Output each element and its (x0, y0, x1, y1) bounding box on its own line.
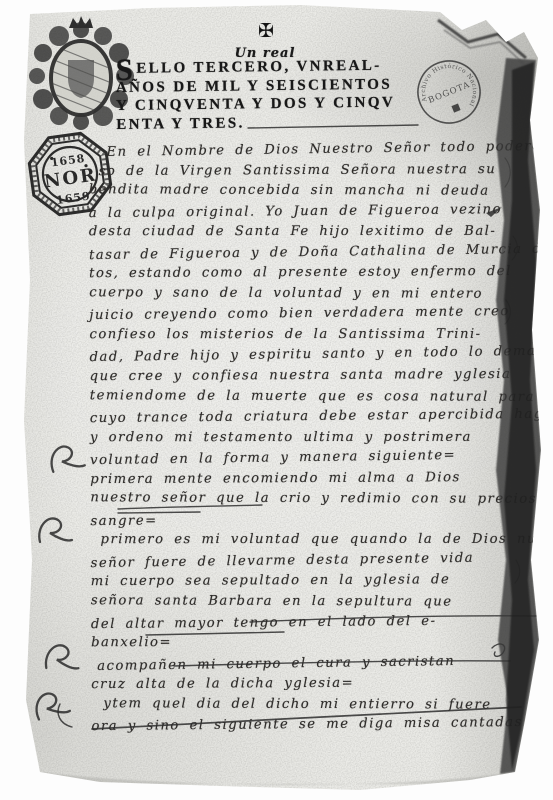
manuscript-line: nuestro señor que la crio y redimio con … (90, 491, 530, 513)
bottom-edge-shade (40, 772, 515, 785)
manuscript-line: primera mente encomiendo mi alma a Dios (90, 470, 530, 493)
heading-line-1-text: ELLO TERCERO, VNREAL- (136, 58, 381, 77)
bottom-left-hook (58, 704, 72, 727)
manuscript-line: que cree y confiesa nuestra santa madre … (90, 367, 530, 390)
left-margin-mark-1 (49, 444, 85, 472)
manuscript-lines: En el Nombre de Dios Nuestro Señor todo … (88, 141, 531, 739)
manuscript-line: desta ciudad de Santa Fe hijo lexitimo d… (89, 224, 529, 245)
manuscript-line: sangre= (90, 510, 530, 535)
manuscript-line: del altar mayor tengo en el lado del e- (91, 612, 531, 637)
manuscript-line: cuyo trance toda criatura debe estar ape… (90, 407, 530, 432)
left-margin-mark-4 (33, 690, 70, 720)
seal-crown (69, 16, 93, 28)
manuscript-line: so de la Virgen Santissima Señora nuestr… (99, 161, 529, 184)
heading-line-3: Y CINQVENTA Y DOS Y CINQV (116, 93, 438, 115)
manuscript-line: banxelio= (91, 635, 531, 656)
manuscript-line: ora y sino el siguiente se me diga misa … (91, 715, 531, 740)
scanned-document-page: ✠ Un real SELLO TERCERO, VNREAL- AÑOS DE… (0, 0, 553, 800)
left-margin-mark-3 (46, 644, 80, 670)
heading-line-4: ENTA Y TRES. (116, 112, 438, 134)
manuscript-line: a la culpa original. Yo Juan de Figueroa… (89, 202, 529, 227)
date-stamp-bottom-year: 1659 (55, 189, 91, 207)
top-right-crease (438, 20, 526, 58)
maltese-cross-icon: ✠ (246, 20, 286, 42)
manuscript-line: cruz alta de la dicha yglesia= (91, 675, 531, 698)
date-stamp-top-year: 1658 (50, 152, 86, 170)
top-right-crease-2 (444, 30, 524, 64)
manuscript-line: mi cuerpo sea sepultado en la yglesia de (91, 572, 531, 595)
manuscript-line: bendita madre concebida sin mancha ni de… (89, 182, 529, 204)
left-margin-mark-2 (39, 518, 72, 542)
seal-shield (68, 60, 94, 98)
manuscript-line: señora santa Barbara en la sepultura que (91, 593, 531, 615)
archive-stamp-cachet-mark (451, 103, 460, 112)
manuscript-sheet: ✠ Un real SELLO TERCERO, VNREAL- AÑOS DE… (0, 0, 553, 800)
printed-seal-heading: SELLO TERCERO, VNREAL- AÑOS DE MIL Y SEI… (116, 56, 439, 134)
manuscript-line: juicio creyendo como bien verdadera ment… (89, 304, 529, 329)
manuscript-line: tos, estando como al presente estoy enfe… (89, 264, 529, 287)
